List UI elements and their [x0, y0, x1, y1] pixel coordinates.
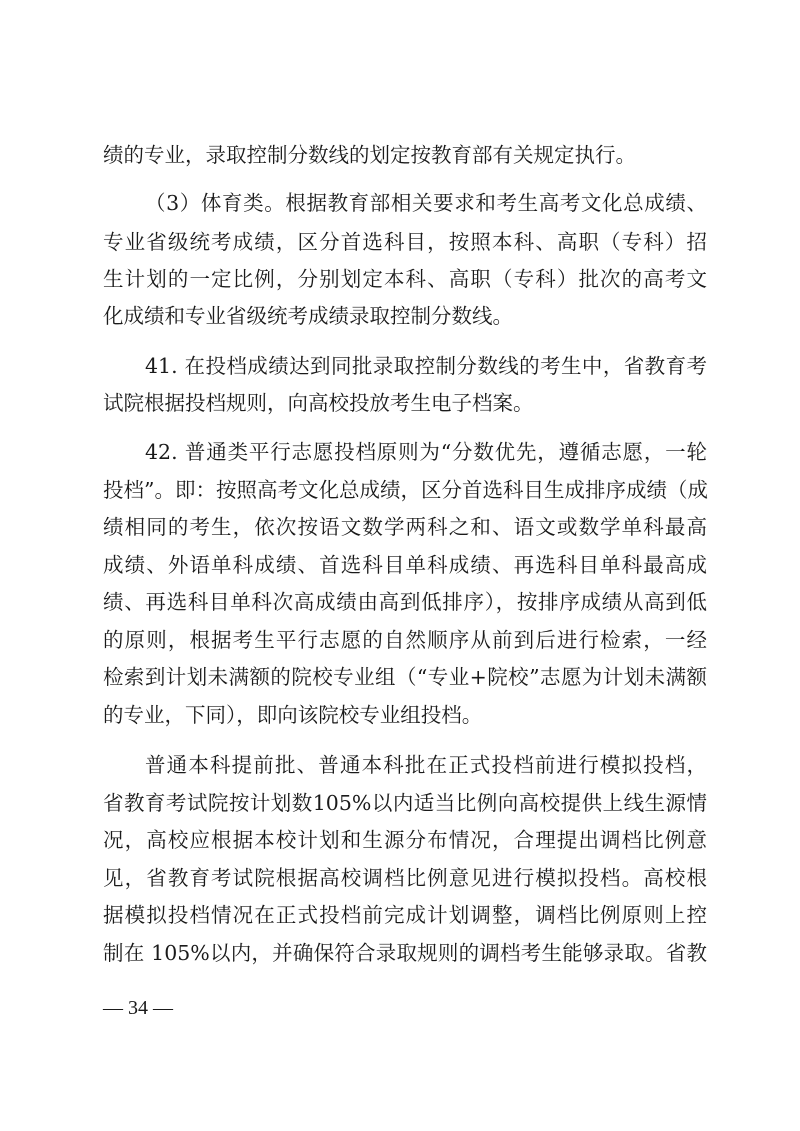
text-line: 检索到计划未满额的院校专业组（“专业+院校”志愿为计划未满额	[103, 662, 707, 692]
text-line: 绩、再选科目单科次高成绩由高到低排序），按排序成绩从高到低	[103, 587, 707, 617]
text-line: 见，省教育考试院根据高校调档比例意见进行模拟投档。高校根	[103, 863, 707, 893]
text-line: 成绩、外语单科成绩、首选科目单科成绩、再选科目单科最高成	[103, 550, 707, 580]
article-42-line: 42. 普通类平行志愿投档原则为“分数优先，遵循志愿，一轮	[145, 437, 707, 467]
paragraph-heading-line: （3）体育类。根据教育部相关要求和考生高考文化总成绩、	[145, 188, 707, 218]
text-line: 化成绩和专业省级统考成绩录取控制分数线。	[103, 301, 707, 331]
text-line: 普通本科提前批、普通本科批在正式投档前进行模拟投档，	[145, 750, 707, 780]
text-line: 生计划的一定比例，分别划定本科、高职（专科）批次的高考文	[103, 264, 707, 294]
text-line: 绩的专业，录取控制分数线的划定按教育部有关规定执行。	[103, 140, 707, 170]
text-line: 试院根据投档规则，向高校投放考生电子档案。	[103, 388, 707, 418]
text-line: 制在 105%以内，并确保符合录取规则的调档考生能够录取。省教	[103, 938, 707, 968]
text-line: 的专业，下同），即向该院校专业组投档。	[103, 700, 707, 730]
text-line: 的原则，根据考生平行志愿的自然顺序从前到后进行检索，一经	[103, 625, 707, 655]
article-41-line: 41. 在投档成绩达到同批录取控制分数线的考生中，省教育考	[145, 351, 707, 381]
text-line: 省教育考试院按计划数105%以内适当比例向高校提供上线生源情	[103, 788, 707, 818]
text-line: 专业省级统考成绩，区分首选科目，按照本科、高职（专科）招	[103, 227, 707, 257]
text-line: 据模拟投档情况在正式投档前完成计划调整，调档比例原则上控	[103, 900, 707, 930]
document-page: 绩的专业，录取控制分数线的划定按教育部有关规定执行。 （3）体育类。根据教育部相…	[0, 0, 800, 1131]
text-line: 投档”。即：按照高考文化总成绩，区分首选科目生成排序成绩（成	[103, 475, 707, 505]
page-number: — 34 —	[103, 994, 173, 1022]
text-line: 况，高校应根据本校计划和生源分布情况，合理提出调档比例意	[103, 825, 707, 855]
text-line: 绩相同的考生，依次按语文数学两科之和、语文或数学单科最高	[103, 512, 707, 542]
